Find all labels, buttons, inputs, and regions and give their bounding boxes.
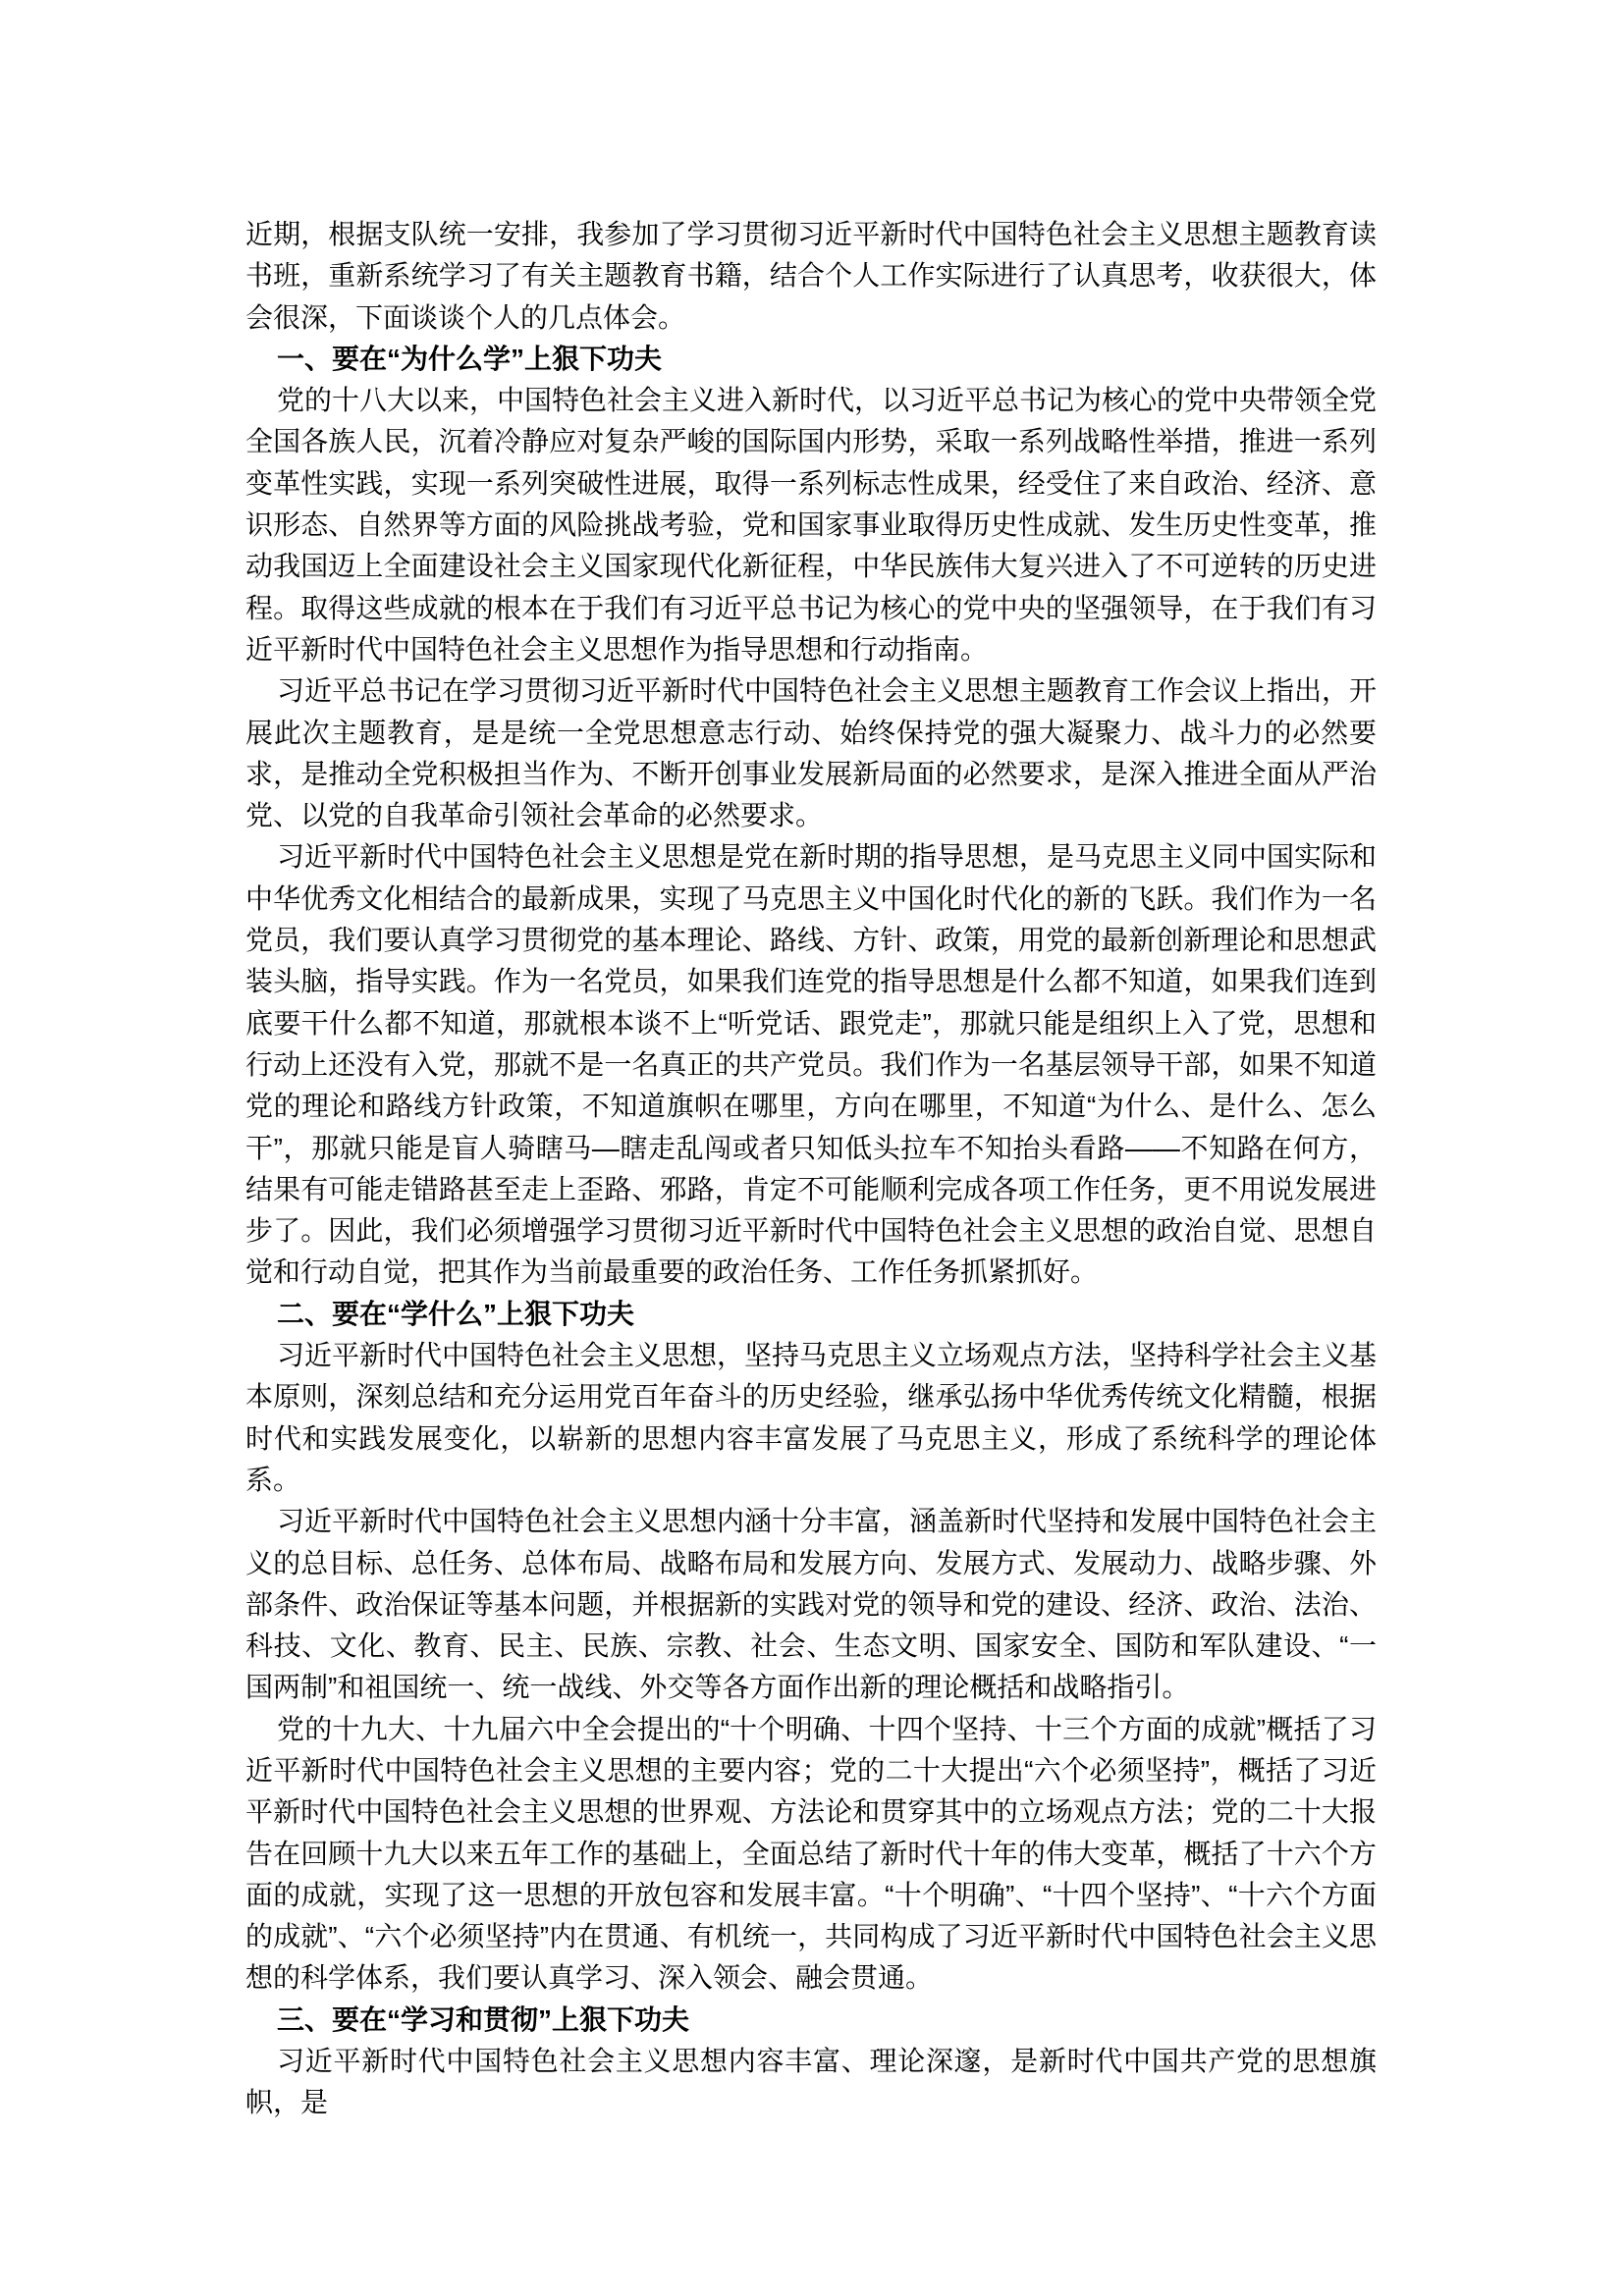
section-1-paragraph: 党的十八大以来，中国特色社会主义进入新时代，以习近平总书记为核心的党中央带领全党… [245, 380, 1377, 670]
section-2-paragraph: 习近平新时代中国特色社会主义思想，坚持马克思主义立场观点方法，坚持科学社会主义基… [245, 1335, 1377, 1501]
section-3-paragraph: 习近平新时代中国特色社会主义思想内容丰富、理论深邃，是新时代中国共产党的思想旗帜… [245, 2041, 1377, 2124]
intro-paragraph: 近期，根据支队统一安排，我参加了学习贯彻习近平新时代中国特色社会主义思想主题教育… [245, 214, 1377, 339]
section-2-heading: 二、要在“学什么”上狠下功夫 [245, 1294, 1377, 1335]
section-1-paragraph: 习近平新时代中国特色社会主义思想是党在新时期的指导思想，是马克思主义同中国实际和… [245, 836, 1377, 1293]
section-1-paragraph: 习近平总书记在学习贯彻习近平新时代中国特色社会主义思想主题教育工作会议上指出，开… [245, 670, 1377, 836]
section-2-paragraph: 习近平新时代中国特色社会主义思想内涵十分丰富，涵盖新时代坚持和发展中国特色社会主… [245, 1501, 1377, 1708]
section-1-heading: 一、要在“为什么学”上狠下功夫 [245, 339, 1377, 380]
section-2-paragraph: 党的十九大、十九届六中全会提出的“十个明确、十四个坚持、十三个方面的成就”概括了… [245, 1709, 1377, 2000]
section-3-heading: 三、要在“学习和贯彻”上狠下功夫 [245, 2000, 1377, 2041]
document-page: 近期，根据支队统一安排，我参加了学习贯彻习近平新时代中国特色社会主义思想主题教育… [245, 214, 1377, 2124]
